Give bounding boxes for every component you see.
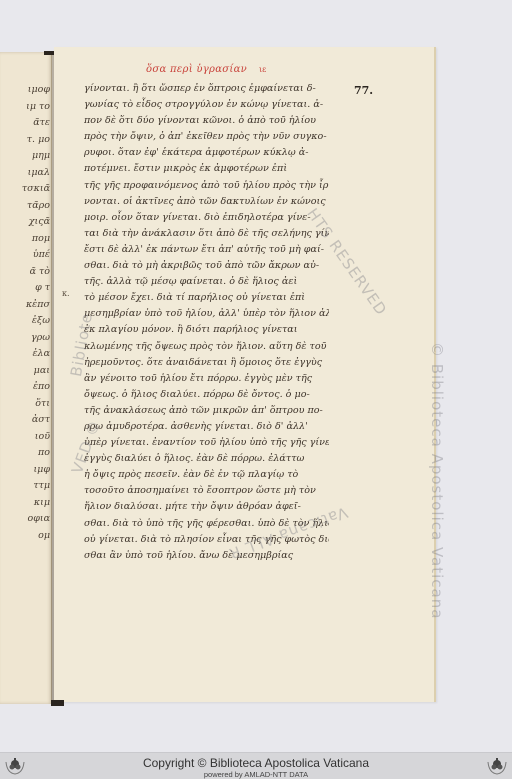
manuscript-line: ὄψεως. ὁ ἥλιος διαλύει. πόρρω δὲ ὄντος. …: [84, 387, 329, 403]
marginal-note: κ.: [62, 289, 70, 298]
left-page-line: ιοῦ: [0, 429, 50, 446]
manuscript-line: κλωμένης τῆς ὄψεως πρὸς τὸν ἥλιον. αὕτη …: [84, 339, 329, 355]
manuscript-line: πρὸς τὴν ὄψιν, ὁ ἀπ' ἐκεῖθεν πρὸς τὴν νῦ…: [84, 129, 329, 145]
left-page-line: ιμφ: [0, 462, 50, 479]
copyright-footer: Copyright © Biblioteca Apostolica Vatica…: [0, 752, 512, 779]
manuscript-line: σθαι. διὰ τὸ μὴ ἀκριβῶς τοῦ ἀπὸ τῶν ἄκρω…: [84, 258, 329, 274]
manuscript-line: ἐγγὺς διαλύει ὁ ἥλιος. ἐὰν δὲ πόρρω. ἐλά…: [84, 451, 329, 467]
manuscript-line: τῆς γῆς προφαινόμενος ἀπὸ τοῦ ἡλίου πρὸς…: [84, 178, 329, 194]
left-page-line: χιςᾶ: [0, 214, 50, 231]
left-page-line: ἐπο: [0, 379, 50, 396]
left-page-line: ἐλα: [0, 346, 50, 363]
manuscript-line: ὑπὲρ γίνεται. ἐναντίον τοῦ ἡλίου ὑπὸ τῆς…: [84, 435, 329, 451]
manuscript-line: ρρω ἀμυδροτέρα. ἀσθενὴς γίνεται. διὸ δ' …: [84, 419, 329, 435]
left-page-line: ττμ: [0, 478, 50, 495]
left-page-line: ομ: [0, 528, 50, 545]
left-page-line: μαι: [0, 363, 50, 380]
manuscript-line: πον δὲ ὅτι δύο γίνονται κῶνοι. ὁ ἀπὸ τοῦ…: [84, 113, 329, 129]
left-page-line: πομ: [0, 231, 50, 248]
left-page-line: μημ: [0, 148, 50, 165]
manuscript-line: τῆς. ἀλλὰ τῷ μέσῳ φαίνεται. ὁ δὲ ἥλιος ἀ…: [84, 274, 329, 290]
left-page-line: ὑπέ: [0, 247, 50, 264]
manuscript-body-text: γίνονται. ἢ ὅτι ὥσπερ ἐν ὅπτροις ἐμφαίνε…: [84, 81, 329, 564]
vatican-emblem-icon-right: [486, 756, 508, 776]
left-page-line: πο: [0, 445, 50, 462]
left-page-line: ιμ το: [0, 99, 50, 116]
manuscript-line: ἡ ὄψις πρὸς πεσεῖν. ἐὰν δὲ ἐν τῷ πλαγίῳ …: [84, 467, 329, 483]
manuscript-line: ποτέμνει. ἔστιν μικρὸς ἐκ ἀμφοτέρων ἐπὶ: [84, 161, 329, 177]
left-page-line: ᾶ τὸ: [0, 264, 50, 281]
left-page-text: ιμοφιμ τοᾶτετ. μομημιμαλτσκιᾶτᾶροχιςᾶπομ…: [0, 82, 50, 544]
manuscript-line: σθαι ἂν ὑπὸ τοῦ ἡλίου. ἄνω δὲ μεσημβρίας: [84, 548, 329, 564]
left-page: ιμοφιμ τοᾶτετ. μομημιμαλτσκιᾶτᾶροχιςᾶπομ…: [0, 52, 52, 704]
manuscript-line: ται διὰ τὴν ἀνάκλασιν ὅτι ἀπὸ δὲ τῆς σελ…: [84, 226, 329, 242]
copyright-text: Copyright © Biblioteca Apostolica Vatica…: [0, 756, 512, 770]
left-page-line: τσκιᾶ: [0, 181, 50, 198]
left-page-line: κἐπσ: [0, 297, 50, 314]
left-page-line: φ τ: [0, 280, 50, 297]
left-page-line: γρω: [0, 330, 50, 347]
page-header-number: ιε: [259, 65, 266, 74]
left-page-line: ιμαλ: [0, 165, 50, 182]
manuscript-line: οὐ γίνεται. διὰ τὸ πλησίον εἶναι τῆς γῆς…: [84, 532, 329, 548]
manuscript-line: ἔστι δὲ ἀλλ' ἐκ πάντων ἔτι ἀπ' αὐτῆς τοῦ…: [84, 242, 329, 258]
page-clip-bottom: [51, 700, 64, 706]
manuscript-line: νονται. οἱ ἀκτῖνες ἀπὸ τῶν δακτυλίων ἐν …: [84, 194, 329, 210]
manuscript-line: μεσημβρίαν ὑπὸ τοῦ ἡλίου, ἀλλ' ὑπὲρ τὸν …: [84, 306, 329, 322]
page-header-rubric: ὅσα περὶ ὑγρασίαν: [146, 64, 247, 75]
manuscript-line: σθαι. διὰ τὸ ὑπὸ τῆς γῆς φέρεσθαι. ὑπὸ δ…: [84, 516, 329, 532]
folio-number: 77.: [354, 84, 373, 97]
manuscript-line: τοσοῦτο ἀποσημαίνει τὸ ἔσοπτρον ὥστε μὴ …: [84, 483, 329, 499]
right-page: ὅσα περὶ ὑγρασίαν ιε 77. κ. γίνονται. ἢ …: [54, 47, 436, 702]
left-page-line: ἐξω: [0, 313, 50, 330]
manuscript-viewer[interactable]: ιμοφιμ τοᾶτετ. μομημιμαλτσκιᾶτᾶροχιςᾶπομ…: [0, 0, 512, 752]
manuscript-line: τῆς ἀνακλάσεως ἀπὸ τῶν μικρῶν ἀπ' ὅπτρου…: [84, 403, 329, 419]
left-page-line: οφια: [0, 511, 50, 528]
left-page-line: ὅτι: [0, 396, 50, 413]
left-page-line: τ. μο: [0, 132, 50, 149]
manuscript-line: γωνίας τὸ εἶδος στρογγύλον ἐν κώνῳ γίνετ…: [84, 97, 329, 113]
left-page-line: ᾶτε: [0, 115, 50, 132]
left-page-line: τᾶρο: [0, 198, 50, 215]
left-page-line: ἀστ: [0, 412, 50, 429]
left-page-line: ιμοφ: [0, 82, 50, 99]
left-page-line: κιμ: [0, 495, 50, 512]
powered-by-text: powered by AMLAD-NTT DATA: [0, 770, 512, 779]
manuscript-line: τὸ μέσον ἔχει. διὰ τί παρήλιος οὐ γίνετα…: [84, 290, 329, 306]
manuscript-line: ρυφοι. ὅταν ἐφ' ἑκάτερα ἀμφοτέρων κύκλῳ …: [84, 145, 329, 161]
manuscript-line: ἐκ πλαγίου μόνον. ἢ διότι παρήλιος γίνετ…: [84, 322, 329, 338]
manuscript-line: μοιρ. οἷον ὅταν γίνεται. διὸ ἐπιδηλοτέρα…: [84, 210, 329, 226]
manuscript-line: ἂν γένοιτο τοῦ ἡλίου ἔτι πόρρω. ἐγγὺς μὲ…: [84, 371, 329, 387]
manuscript-line: ἠρεμοῦντος. ὅτε ἀναιδάνεται ἢ ὅμοιος ὅτε…: [84, 355, 329, 371]
manuscript-line: γίνονται. ἢ ὅτι ὥσπερ ἐν ὅπτροις ἐμφαίνε…: [84, 81, 329, 97]
manuscript-line: ἥλιον διαλύσαι. μήτε τὴν ὄψιν ἀθρόαν ἀφε…: [84, 499, 329, 515]
